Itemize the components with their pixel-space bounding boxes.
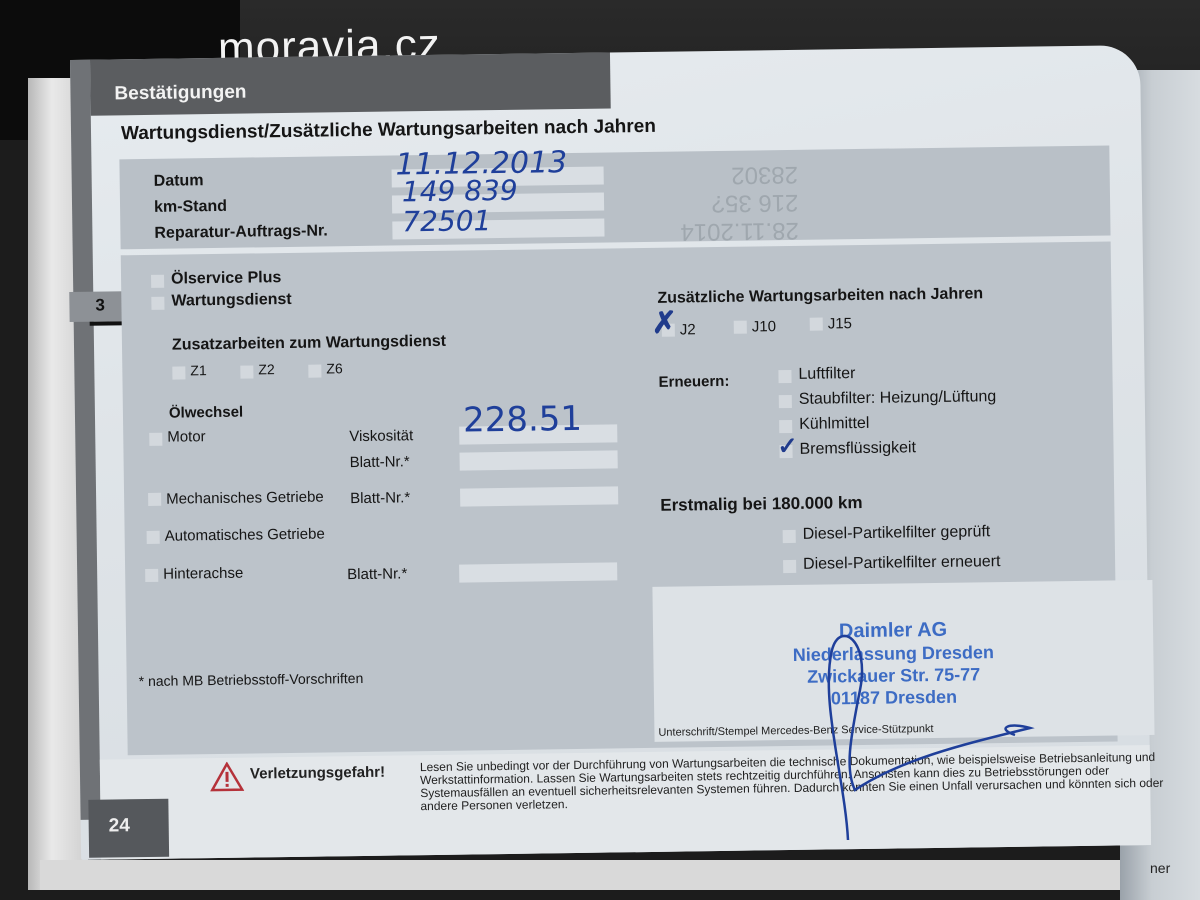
record-panel: Datum km-Stand Reparatur-Auftrags-Nr. 11…	[119, 145, 1110, 249]
dpf-checked-label: Diesel-Partikelfilter geprüft	[803, 523, 991, 544]
warning-title: Verletzungsgefahr!	[250, 764, 385, 783]
brake-fluid-label: Bremsflüssigkeit	[799, 439, 916, 459]
handwritten-order: 72501	[402, 204, 492, 238]
warning-area: 24 Verletzungsgefahr! Lesen Sie unbeding…	[100, 745, 1151, 860]
mech-gearbox-sheet-field[interactable]	[460, 486, 618, 506]
z6-label: Z6	[326, 360, 343, 376]
brake-fluid-checkmark: ✓	[777, 432, 798, 461]
warning-triangle-icon	[210, 762, 244, 792]
j15-label: J15	[828, 315, 852, 332]
j10-label: J10	[752, 318, 776, 335]
rear-axle-sheet-label: Blatt-Nr.*	[347, 565, 407, 583]
dust-filter-label: Staubfilter: Heizung/Lüftung	[799, 388, 997, 409]
renew-label: Erneuern:	[658, 373, 729, 391]
coolant-label: Kühlmittel	[799, 415, 869, 434]
dpf-checked-checkbox[interactable]	[783, 530, 796, 543]
oelservice-plus-label: Ölservice Plus	[171, 269, 282, 289]
page-number-box: 24	[88, 799, 169, 858]
z2-checkbox[interactable]	[240, 365, 253, 378]
page-subtitle: Wartungsdienst/Zusätzliche Wartungsarbei…	[121, 116, 656, 145]
z1-label: Z1	[190, 362, 207, 378]
mech-gearbox-checkbox[interactable]	[148, 493, 161, 506]
wartungsdienst-label: Wartungsdienst	[171, 291, 292, 311]
stamp-signature-box: Daimler AG Niederlassung Dresden Zwickau…	[652, 580, 1154, 742]
viscosity-label: Viskosität	[349, 427, 413, 445]
oil-change-title: Ölwechsel	[169, 404, 243, 422]
page-number: 24	[109, 815, 130, 837]
extra-work-title: Zusatzarbeiten zum Wartungsdienst	[172, 333, 446, 355]
warning-text: Lesen Sie unbedingt vor der Durchführung…	[420, 751, 1181, 814]
stamp-line-4: 01187 Dresden	[694, 685, 1094, 712]
handwritten-km: 149 839	[402, 174, 518, 209]
right-page-edge-text: ner	[1150, 860, 1170, 876]
auto-gearbox-checkbox[interactable]	[147, 531, 160, 544]
first-time-label: Erstmalig bei 180.000 km	[660, 493, 862, 516]
service-booklet-page: Bestätigungen Wartungsdienst/Zusätzliche…	[70, 45, 1151, 860]
z6-checkbox[interactable]	[308, 365, 321, 378]
dust-filter-checkbox[interactable]	[779, 395, 792, 408]
j2-label: J2	[680, 321, 696, 338]
dpf-renewed-label: Diesel-Partikelfilter erneuert	[803, 553, 1001, 574]
air-filter-checkbox[interactable]	[778, 370, 791, 383]
footnote: * nach MB Betriebsstoff-Vorschriften	[139, 670, 364, 689]
motor-sheet-field[interactable]	[460, 450, 618, 470]
wartungsdienst-checkbox[interactable]	[151, 297, 164, 310]
z2-label: Z2	[258, 361, 275, 377]
mech-gearbox-label: Mechanisches Getriebe	[166, 489, 324, 508]
rear-axle-sheet-field[interactable]	[459, 562, 617, 582]
booklet-page-edges	[40, 860, 1170, 890]
j15-checkbox[interactable]	[810, 318, 823, 331]
km-label: km-Stand	[154, 198, 227, 217]
handwritten-viscosity: 228.51	[463, 399, 583, 441]
order-label: Reparatur-Auftrags-Nr.	[154, 222, 328, 242]
section-title: Bestätigungen	[114, 82, 246, 106]
j10-checkbox[interactable]	[734, 321, 747, 334]
motor-sheet-label: Blatt-Nr.*	[350, 453, 410, 471]
air-filter-label: Luftfilter	[798, 365, 855, 384]
date-label: Datum	[154, 172, 204, 191]
dpf-renewed-checkbox[interactable]	[783, 560, 796, 573]
years-title: Zusätzliche Wartungsarbeiten nach Jahren	[657, 285, 983, 308]
z1-checkbox[interactable]	[172, 366, 185, 379]
mech-gearbox-sheet-label: Blatt-Nr.*	[350, 489, 410, 507]
faded-previous-entry: 28.11.2014 216 35? 28302	[679, 160, 799, 246]
signature-label: Unterschrift/Stempel Mercedes-Benz Servi…	[658, 723, 933, 739]
motor-label: Motor	[167, 428, 206, 446]
auto-gearbox-label: Automatisches Getriebe	[165, 525, 325, 544]
rear-axle-checkbox[interactable]	[145, 569, 158, 582]
chapter-tab: 3	[69, 291, 125, 322]
rear-axle-label: Hinterachse	[163, 565, 243, 583]
oelservice-plus-checkbox[interactable]	[151, 275, 164, 288]
motor-checkbox[interactable]	[149, 433, 162, 446]
j2-checkmark: ✗	[651, 306, 677, 341]
